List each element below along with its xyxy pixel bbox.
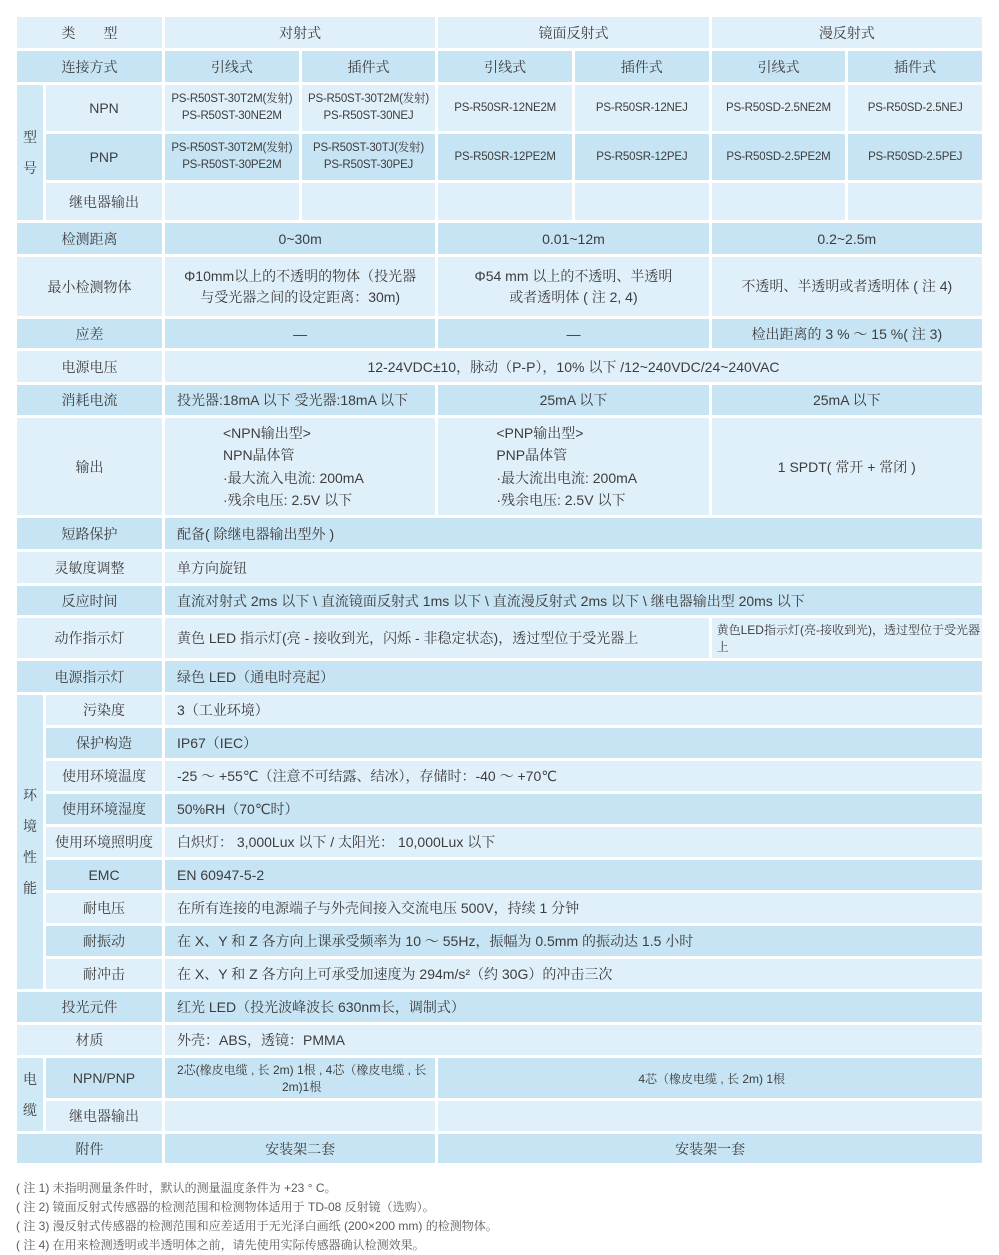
cell-model-npn-3: PS-R50SR-12NE2M	[438, 85, 572, 131]
cell-model-relay-6	[848, 183, 982, 220]
cell-connection-6: 插件式	[848, 51, 982, 82]
cell-voltage-withstand: 在所有连接的电源端子与外壳间接入交流电压 500V，持续 1 分钟	[165, 893, 982, 923]
cell-model-pnp-1: PS-R50ST-30T2M(发射) PS-R50ST-30PE2M	[165, 134, 299, 180]
cell-type-retroreflective: 镜面反射式	[438, 17, 708, 48]
cell-model-npn-4: PS-R50SR-12NEJ	[575, 85, 709, 131]
table-row-min-object: 最小检测物体 Φ10mm以上的不透明的物体（投光器 与受光器之间的设定距离：30…	[17, 257, 982, 316]
row-label-cable-npn-pnp: NPN/PNP	[46, 1058, 162, 1098]
cell-model-npn-6: PS-R50SD-2.5NEJ	[848, 85, 982, 131]
table-row-output: 输出 <NPN输出型> NPN晶体管 ·最大流入电流: 200mA ·残余电压:…	[17, 418, 982, 515]
footnote-2: ( 注 2) 镜面反射式传感器的检测范围和检测物体适用于 TD-08 反射镜（选…	[16, 1198, 985, 1217]
cell-model-npn-5: PS-R50SD-2.5NE2M	[712, 85, 846, 131]
cell-current-diffuse: 25mA 以下	[712, 385, 982, 415]
row-label-voltage-withstand: 耐电压	[46, 893, 162, 923]
cell-supply-voltage: 12-24VDC±10，脉动（P-P），10% 以下 /12~240VDC/24…	[165, 351, 982, 382]
cell-model-relay-1	[165, 183, 299, 220]
row-label-pollution: 污染度	[46, 695, 162, 725]
cell-distance-through-beam: 0~30m	[165, 223, 435, 254]
table-row-hysteresis: 应差 — — 检出距离的 3 % ～ 15 %( 注 3)	[17, 319, 982, 348]
table-row-env-pollution: 环 境 性 能 污染度 3（工业环境）	[17, 695, 982, 725]
cell-short-circuit: 配备( 除继电器输出型外 )	[165, 518, 982, 549]
table-row-accessory: 附件 安装架二套 安装架一套	[17, 1134, 982, 1163]
row-label-current: 消耗电流	[17, 385, 162, 415]
table-row-env-temperature: 使用环境温度 -25 ～ +55℃（注意不可结露、结冰），存储时：-40 ～ +…	[17, 761, 982, 791]
group-label-environment: 环 境 性 能	[17, 695, 43, 989]
cell-accessory-others: 安装架一套	[438, 1134, 982, 1163]
cell-model-relay-4	[575, 183, 709, 220]
cell-op-indicator-diffuse: 黄色LED指示灯(亮-接收到光)，透过型位于受光器上	[712, 618, 982, 658]
row-label-emitter: 投光元件	[17, 992, 162, 1022]
row-label-vibration: 耐振动	[46, 926, 162, 956]
spec-sheet-page: 类 型 对射式 镜面反射式 漫反射式 连接方式 引线式 插件式 引线式 插件式 …	[0, 0, 999, 1233]
cell-model-pnp-5: PS-R50SD-2.5PE2M	[712, 134, 846, 180]
row-label-shock: 耐冲击	[46, 959, 162, 989]
group-label-model: 型 号	[17, 85, 43, 220]
cell-material: 外壳：ABS，透镜：PMMA	[165, 1025, 982, 1055]
cell-ambient-humidity: 50%RH（70℃时）	[165, 794, 982, 824]
row-label-protection: 保护构造	[46, 728, 162, 758]
cell-min-object-through-beam: Φ10mm以上的不透明的物体（投光器 与受光器之间的设定距离：30m)	[165, 257, 435, 316]
row-label-cable-relay: 继电器输出	[46, 1101, 162, 1131]
cell-output-pnp: <PNP输出型> PNP晶体管 ·最大流出电流: 200mA ·残余电压: 2.…	[438, 418, 708, 515]
cell-connection-4: 插件式	[575, 51, 709, 82]
cell-min-object-retro: Φ54 mm 以上的不透明、半透明 或者透明体 ( 注 2, 4)	[438, 257, 708, 316]
cell-connection-5: 引线式	[712, 51, 846, 82]
row-label-sensing-distance: 检测距离	[17, 223, 162, 254]
cell-vibration: 在 X、Y 和 Z 各方向上课承受频率为 10 ～ 55Hz，振幅为 0.5mm…	[165, 926, 982, 956]
footnote-3: ( 注 3) 漫反射式传感器的检测范围和应差适用于无光泽白画纸 (200×200…	[16, 1217, 985, 1236]
cell-emc: EN 60947-5-2	[165, 860, 982, 890]
row-label-material: 材质	[17, 1025, 162, 1055]
cell-model-pnp-4: PS-R50SR-12PEJ	[575, 134, 709, 180]
table-row-power-indicator: 电源指示灯 绿色 LED（通电时亮起）	[17, 661, 982, 692]
row-label-min-object: 最小检测物体	[17, 257, 162, 316]
table-row-env-shock: 耐冲击 在 X、Y 和 Z 各方向上可承受加速度为 294m/s²（约 30G）…	[17, 959, 982, 989]
row-label-ambient-temperature: 使用环境温度	[46, 761, 162, 791]
cell-model-pnp-2: PS-R50ST-30TJ(发射) PS-R50ST-30PEJ	[302, 134, 436, 180]
row-label-short-circuit: 短路保护	[17, 518, 162, 549]
cell-model-pnp-6: PS-R50SD-2.5PEJ	[848, 134, 982, 180]
row-label-ambient-humidity: 使用环境湿度	[46, 794, 162, 824]
cell-connection-1: 引线式	[165, 51, 299, 82]
cell-distance-diffuse: 0.2~2.5m	[712, 223, 982, 254]
row-label-ambient-illumination: 使用环境照明度	[46, 827, 162, 857]
cell-min-object-diffuse: 不透明、半透明或者透明体 ( 注 4)	[712, 257, 982, 316]
cell-current-retro: 25mA 以下	[438, 385, 708, 415]
table-row-model-npn: 型 号 NPN PS-R50ST-30T2M(发射) PS-R50ST-30NE…	[17, 85, 982, 131]
footnote-1: ( 注 1) 未指明测量条件时，默认的测量温度条件为 +23 ° C。	[16, 1179, 985, 1198]
row-label-connection: 连接方式	[17, 51, 162, 82]
table-row-env-voltage-withstand: 耐电压 在所有连接的电源端子与外壳间接入交流电压 500V，持续 1 分钟	[17, 893, 982, 923]
cell-ambient-temperature: -25 ～ +55℃（注意不可结露、结冰），存储时：-40 ～ +70℃	[165, 761, 982, 791]
table-row-current: 消耗电流 投光器:18mA 以下 受光器:18mA 以下 25mA 以下 25m…	[17, 385, 982, 415]
row-label-hysteresis: 应差	[17, 319, 162, 348]
cell-sensitivity: 单方向旋钮	[165, 552, 982, 583]
cell-hysteresis-through-beam: —	[165, 319, 435, 348]
sensor-spec-table: 类 型 对射式 镜面反射式 漫反射式 连接方式 引线式 插件式 引线式 插件式 …	[14, 14, 985, 1166]
table-row-env-illumination: 使用环境照明度 白炽灯： 3,000Lux 以下 / 太阳光： 10,000Lu…	[17, 827, 982, 857]
cell-cable-others: 4芯（橡皮电缆 , 长 2m) 1根	[438, 1058, 982, 1098]
table-row-material: 材质 外壳：ABS，透镜：PMMA	[17, 1025, 982, 1055]
table-row-env-emc: EMC EN 60947-5-2	[17, 860, 982, 890]
row-label-relay-output: 继电器输出	[46, 183, 162, 220]
table-row-op-indicator: 动作指示灯 黄色 LED 指示灯(亮 - 接收到光，闪烁 - 非稳定状态)，透过…	[17, 618, 982, 658]
row-label-response-time: 反应时间	[17, 586, 162, 615]
cell-model-relay-5	[712, 183, 846, 220]
table-row-supply-voltage: 电源电压 12-24VDC±10，脉动（P-P），10% 以下 /12~240V…	[17, 351, 982, 382]
footnotes: ( 注 1) 未指明测量条件时，默认的测量温度条件为 +23 ° C。 ( 注 …	[14, 1179, 985, 1255]
row-label-supply-voltage: 电源电压	[17, 351, 162, 382]
table-row-type: 类 型 对射式 镜面反射式 漫反射式	[17, 17, 982, 48]
cell-output-npn: <NPN输出型> NPN晶体管 ·最大流入电流: 200mA ·残余电压: 2.…	[165, 418, 435, 515]
row-label-op-indicator: 动作指示灯	[17, 618, 162, 658]
row-label-output: 输出	[17, 418, 162, 515]
footnote-4: ( 注 4) 在用来检测透明或半透明体之前，请先使用实际传感器确认检测效果。	[16, 1236, 985, 1255]
cell-type-through-beam: 对射式	[165, 17, 435, 48]
cell-distance-retro: 0.01~12m	[438, 223, 708, 254]
cell-model-pnp-3: PS-R50SR-12PE2M	[438, 134, 572, 180]
cell-cable-through-beam: 2芯(橡皮电缆 , 长 2m) 1根 , 4芯（橡皮电缆 , 长 2m)1根	[165, 1058, 435, 1098]
cell-accessory-through-beam: 安装架二套	[165, 1134, 435, 1163]
table-row-env-protection: 保护构造 IP67（IEC）	[17, 728, 982, 758]
cell-model-relay-2	[302, 183, 436, 220]
cell-power-indicator: 绿色 LED（通电时亮起）	[165, 661, 982, 692]
row-label-sensitivity: 灵敏度调整	[17, 552, 162, 583]
cell-output-relay: 1 SPDT( 常开 + 常闭 )	[712, 418, 982, 515]
table-row-emitter: 投光元件 红光 LED（投光波峰波长 630nm长，调制式）	[17, 992, 982, 1022]
table-row-cable-relay: 继电器输出	[17, 1101, 982, 1131]
row-label-accessory: 附件	[17, 1134, 162, 1163]
table-row-env-vibration: 耐振动 在 X、Y 和 Z 各方向上课承受频率为 10 ～ 55Hz，振幅为 0…	[17, 926, 982, 956]
table-row-connection: 连接方式 引线式 插件式 引线式 插件式 引线式 插件式	[17, 51, 982, 82]
cell-response-time: 直流对射式 2ms 以下 \ 直流镜面反射式 1ms 以下 \ 直流漫反射式 2…	[165, 586, 982, 615]
cell-model-relay-3	[438, 183, 572, 220]
cell-model-npn-2: PS-R50ST-30T2M(发射) PS-R50ST-30NEJ	[302, 85, 436, 131]
cell-ambient-illumination: 白炽灯： 3,000Lux 以下 / 太阳光： 10,000Lux 以下	[165, 827, 982, 857]
table-row-env-humidity: 使用环境湿度 50%RH（70℃时）	[17, 794, 982, 824]
row-label-npn: NPN	[46, 85, 162, 131]
cell-connection-2: 插件式	[302, 51, 436, 82]
table-row-sensing-distance: 检测距离 0~30m 0.01~12m 0.2~2.5m	[17, 223, 982, 254]
cell-protection: IP67（IEC）	[165, 728, 982, 758]
table-row-response-time: 反应时间 直流对射式 2ms 以下 \ 直流镜面反射式 1ms 以下 \ 直流漫…	[17, 586, 982, 615]
row-label-emc: EMC	[46, 860, 162, 890]
cell-current-through-beam: 投光器:18mA 以下 受光器:18mA 以下	[165, 385, 435, 415]
cell-type-diffuse: 漫反射式	[712, 17, 982, 48]
cell-connection-3: 引线式	[438, 51, 572, 82]
cell-cable-relay-2	[438, 1101, 982, 1131]
cell-emitter: 红光 LED（投光波峰波长 630nm长，调制式）	[165, 992, 982, 1022]
table-row-sensitivity: 灵敏度调整 单方向旋钮	[17, 552, 982, 583]
cell-cable-relay-1	[165, 1101, 435, 1131]
cell-shock: 在 X、Y 和 Z 各方向上可承受加速度为 294m/s²（约 30G）的冲击三…	[165, 959, 982, 989]
table-row-model-relay: 继电器输出	[17, 183, 982, 220]
cell-hysteresis-retro: —	[438, 319, 708, 348]
table-row-cable-npn-pnp: 电 缆 NPN/PNP 2芯(橡皮电缆 , 长 2m) 1根 , 4芯（橡皮电缆…	[17, 1058, 982, 1098]
cell-pollution: 3（工业环境）	[165, 695, 982, 725]
cell-model-npn-1: PS-R50ST-30T2M(发射) PS-R50ST-30NE2M	[165, 85, 299, 131]
cell-op-indicator-main: 黄色 LED 指示灯(亮 - 接收到光，闪烁 - 非稳定状态)，透过型位于受光器…	[165, 618, 709, 658]
row-label-pnp: PNP	[46, 134, 162, 180]
group-label-cable: 电 缆	[17, 1058, 43, 1131]
row-label-power-indicator: 电源指示灯	[17, 661, 162, 692]
table-row-short-circuit: 短路保护 配备( 除继电器输出型外 )	[17, 518, 982, 549]
row-label-type: 类 型	[17, 17, 162, 48]
cell-hysteresis-diffuse: 检出距离的 3 % ～ 15 %( 注 3)	[712, 319, 982, 348]
table-row-model-pnp: PNP PS-R50ST-30T2M(发射) PS-R50ST-30PE2M P…	[17, 134, 982, 180]
